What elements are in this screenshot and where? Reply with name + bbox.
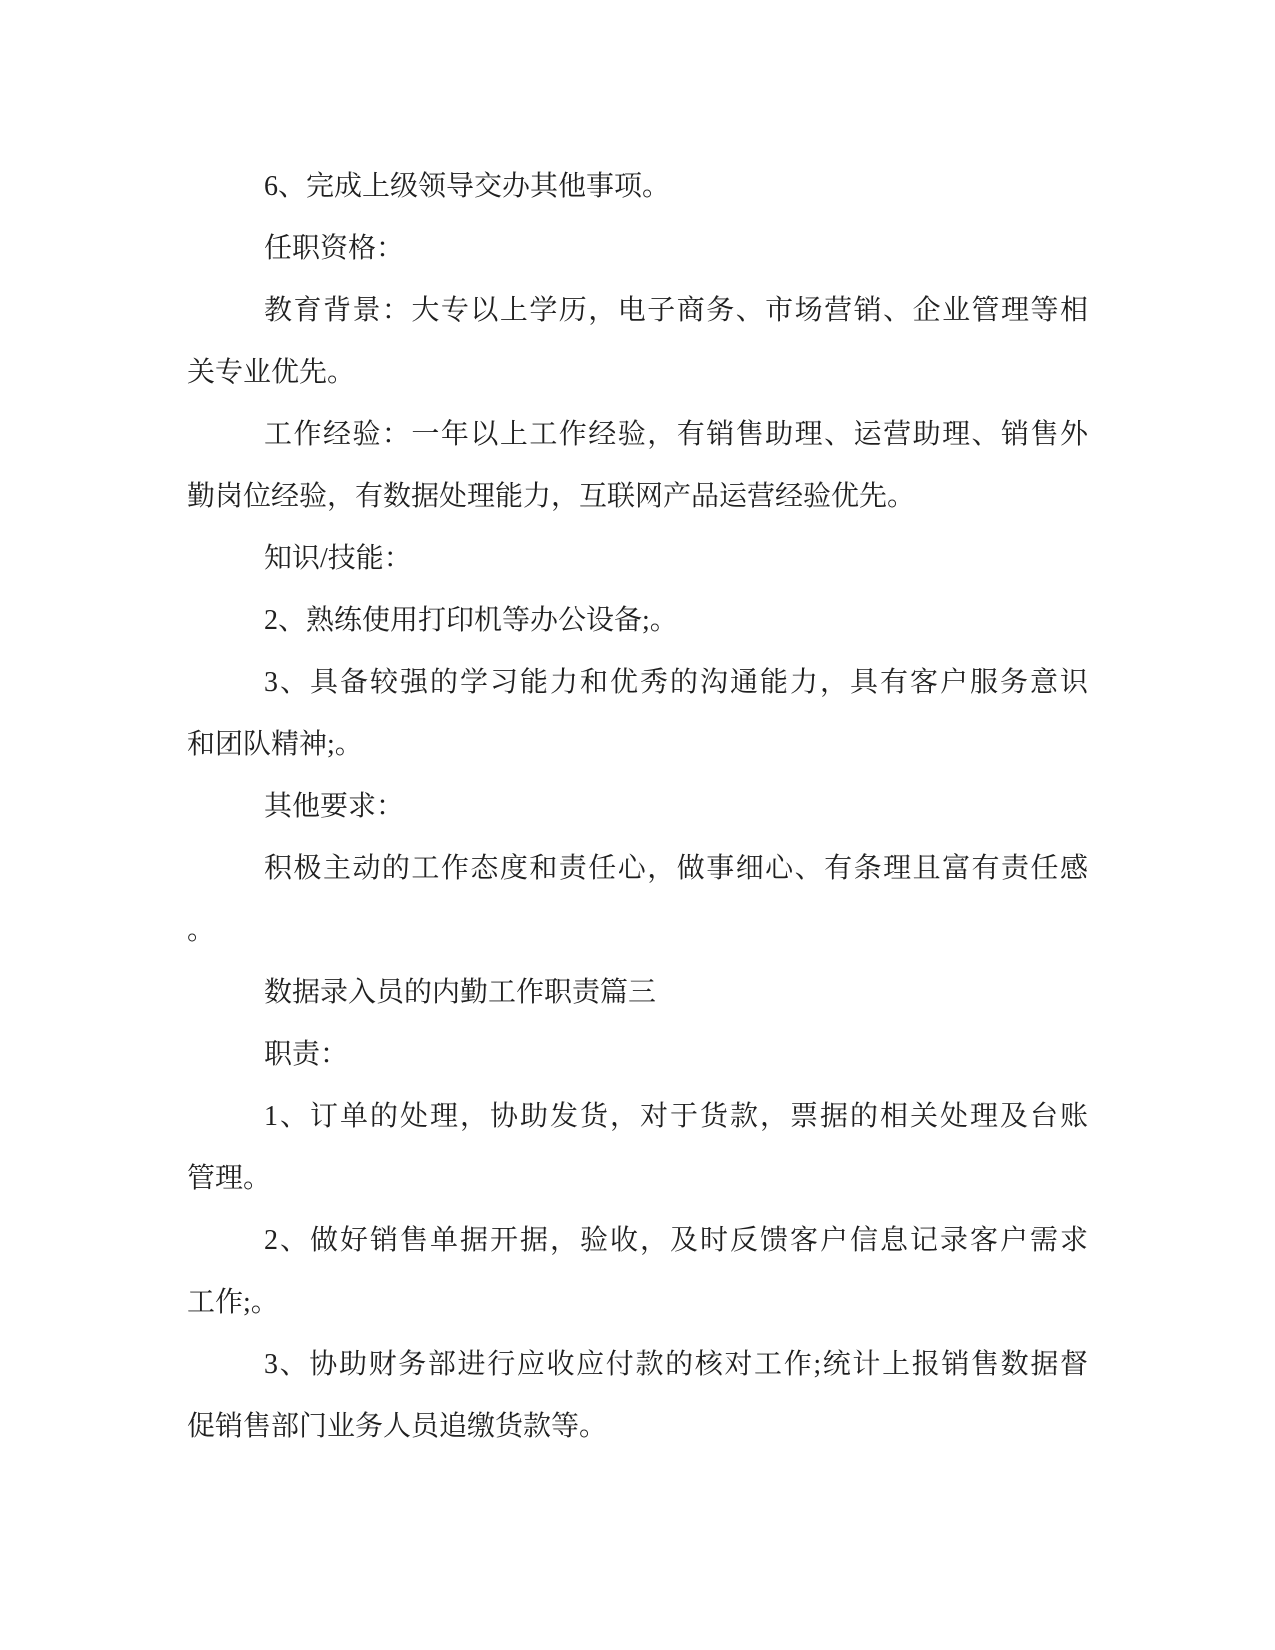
text-line: 数据录入员的内勤工作职责篇三 — [187, 962, 1088, 1024]
text-line: 3、具备较强的学习能力和优秀的沟通能力，具有客户服务意识 — [187, 652, 1088, 714]
text-line: 教育背景：大专以上学历，电子商务、市场营销、企业管理等相 — [187, 280, 1088, 342]
text-line: 勤岗位经验，有数据处理能力，互联网产品运营经验优先。 — [187, 466, 1088, 528]
text-line: 。 — [187, 900, 1088, 962]
text-line: 和团队精神;。 — [187, 714, 1088, 776]
text-line: 关专业优先。 — [187, 342, 1088, 404]
text-line: 职责： — [187, 1024, 1088, 1086]
text-line: 工作经验：一年以上工作经验，有销售助理、运营助理、销售外 — [187, 404, 1088, 466]
text-line: 促销售部门业务人员追缴货款等。 — [187, 1396, 1088, 1458]
text-line: 2、熟练使用打印机等办公设备;。 — [187, 590, 1088, 652]
text-line: 1、订单的处理，协助发货，对于货款，票据的相关处理及台账 — [187, 1086, 1088, 1148]
text-line: 任职资格： — [187, 218, 1088, 280]
text-line: 6、完成上级领导交办其他事项。 — [187, 156, 1088, 218]
text-line: 知识/技能： — [187, 528, 1088, 590]
text-line: 3、协助财务部进行应收应付款的核对工作;统计上报销售数据督 — [187, 1334, 1088, 1396]
document-body: 6、完成上级领导交办其他事项。任职资格：教育背景：大专以上学历，电子商务、市场营… — [187, 156, 1088, 1458]
document-page: 6、完成上级领导交办其他事项。任职资格：教育背景：大专以上学历，电子商务、市场营… — [0, 0, 1275, 1650]
text-line: 积极主动的工作态度和责任心，做事细心、有条理且富有责任感 — [187, 838, 1088, 900]
text-line: 2、做好销售单据开据，验收，及时反馈客户信息记录客户需求 — [187, 1210, 1088, 1272]
text-line: 管理。 — [187, 1148, 1088, 1210]
text-line: 工作;。 — [187, 1272, 1088, 1334]
text-line: 其他要求： — [187, 776, 1088, 838]
